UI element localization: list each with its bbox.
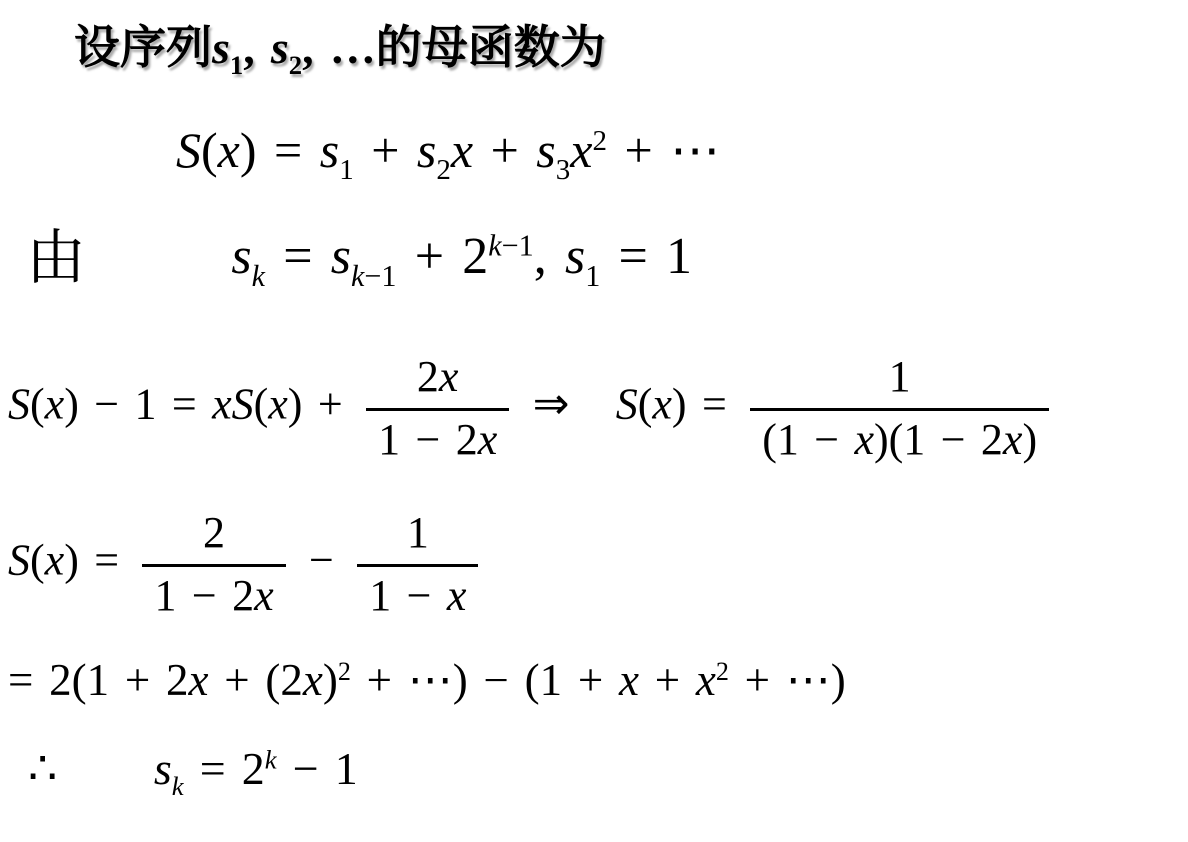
math-token-r: + ⋯) − (1 + [351,655,619,705]
math-token-i: s [231,228,251,285]
math-token-r: 1 [230,50,243,80]
math-token-sub: k [172,771,184,801]
math-token-sup: k [265,745,277,775]
math-token-i: s [154,743,172,794]
formula-functional-equation: S(x) − 1 = xS(x) + 2x1 − 2x ⇒ S(x) = 1(1… [8,352,1057,465]
math-token-r: 1 − 2 [378,415,478,464]
math-token-sub: 1 [230,50,243,80]
math-token-i: x [212,380,232,429]
math-token-sp [585,380,616,429]
math-token-r: 1 − [369,571,447,620]
formula-series-expansion: = 2(1 + 2x + (2x)2 + ⋯) − (1 + x + x2 + … [8,655,846,707]
math-token-i: x [303,655,323,705]
math-token-r: ⇒ [517,380,585,429]
math-token-cn: 由 [26,225,86,291]
math-token-r: ( [638,380,653,429]
math-token-i: x [439,352,459,401]
math-token-frac: 11 − x [357,508,478,621]
math-token-i: x [1003,415,1023,464]
math-token-i: x [451,122,473,178]
math-token-r: 1 − 2 [154,571,254,620]
math-token-i: k [252,259,265,293]
math-token-sp [86,228,232,285]
math-token-frac: 21 − 2x [142,508,285,621]
math-token-sub: k−1 [351,259,396,293]
math-token-r: + (2 [208,655,302,705]
math-token-i: x [189,655,209,705]
math-token-i: S [176,122,201,178]
math-token-r: , [243,22,271,73]
math-token-r: 1 [339,154,354,186]
math-token-r: ) [1022,415,1037,464]
math-token-frac: 2x1 − 2x [366,352,509,465]
fraction-denominator: 1 − x [357,564,478,622]
math-token-i: x [696,655,716,705]
math-token-i: k [488,229,501,263]
math-token-i: S [616,380,638,429]
math-token-i: S [232,380,254,429]
math-token-sub: 2 [436,154,451,186]
fraction-denominator: 1 − 2x [142,564,285,622]
math-token-sub: 1 [585,259,600,293]
math-token-r: ( [201,122,218,178]
math-token-r: 1 [407,508,429,557]
math-token-r: −1 [502,229,534,263]
math-token-r: −1 [364,259,396,293]
math-token-r: + [639,655,696,705]
fraction-denominator: 1 − 2x [366,408,509,466]
fraction-numerator: 2 [142,508,285,564]
formula-conclusion: ∴ sk = 2k − 1 [28,743,358,802]
formula-partial-fractions: S(x) = 21 − 2x − 11 − x [8,508,486,621]
math-token-sub: 3 [556,154,571,186]
math-token-r: 2 [592,125,607,157]
math-token-frac: 1(1 − x)(1 − 2x) [750,352,1049,465]
math-token-r: 3 [556,154,571,186]
math-token-r: ( [30,380,45,429]
math-token-r: − [294,536,350,585]
math-token-r: (1 − [762,415,854,464]
math-token-r: 2 [716,657,729,686]
math-token-i: s [271,22,289,73]
math-token-r: 2 [203,508,225,557]
math-token-i: S [8,536,30,585]
math-token-sup: 2 [716,657,729,686]
math-token-r: ( [254,380,269,429]
math-token-r: ) = [240,122,320,178]
math-token-sub: 1 [339,154,354,186]
math-token-i: x [619,655,639,705]
math-token-i: x [478,415,498,464]
math-token-i: x [45,536,65,585]
math-token-r: 2 [436,154,451,186]
math-token-i: s [212,22,230,73]
slide-title: 设序列s1, s2, …的母函数为 [74,22,606,81]
math-token-r: + ⋯) [729,655,846,705]
math-token-r: + [473,122,536,178]
math-token-i: x [218,122,240,178]
math-token-i: x [268,380,288,429]
math-token-r: ) = [64,536,134,585]
math-token-r: = [265,228,331,285]
math-token-r: 2 [289,50,302,80]
math-token-r: 2 [417,352,439,401]
math-token-r: , …的母函数为 [302,22,606,73]
math-token-sup: 2 [338,657,351,686]
math-token-i: x [570,122,592,178]
math-token-sup: 2 [592,125,607,157]
math-token-r: = 1 [600,228,692,285]
fraction-numerator: 2x [366,352,509,408]
math-token-r: − 1 [277,743,358,794]
math-token-r: ) [323,655,338,705]
math-token-i: s [536,122,555,178]
math-token-r: ) + [288,380,358,429]
fraction-denominator: (1 − x)(1 − 2x) [750,408,1049,466]
math-token-i: x [447,571,467,620]
math-token-i: s [320,122,339,178]
math-token-i: x [45,380,65,429]
fraction-numerator: 1 [357,508,478,564]
math-token-i: k [265,745,277,775]
math-token-i: s [417,122,436,178]
math-token-r: ( [30,536,45,585]
math-token-r: 2 [338,657,351,686]
math-token-r: 1 [889,352,911,401]
math-token-i: x [854,415,874,464]
math-token-r: = 2 [184,743,265,794]
math-token-r: , [534,228,565,285]
math-token-r: + ⋯ [607,122,720,178]
math-token-i: s [565,228,585,285]
math-token-i: s [331,228,351,285]
math-token-sup: k−1 [488,229,533,263]
math-token-r: + [354,122,417,178]
math-token-r: ) − 1 = [64,380,212,429]
formula-generating-function-definition: S(x) = s1 + s2x + s3x2 + ⋯ [176,122,720,188]
math-token-i: S [8,380,30,429]
math-token-i: k [172,771,184,801]
math-token-sp [57,743,154,794]
fraction-numerator: 1 [750,352,1049,408]
math-token-r: 设序列 [74,22,212,73]
math-token-r: ∴ [28,743,57,794]
math-token-i: x [652,380,672,429]
math-token-i: k [351,259,364,293]
formula-recurrence: 由 sk = sk−1 + 2k−1, s1 = 1 [26,224,692,294]
math-token-r: = 2(1 + 2 [8,655,189,705]
math-token-r: )(1 − 2 [874,415,1003,464]
math-token-sub: 2 [289,50,302,80]
math-token-i: x [254,571,274,620]
math-token-r: + 2 [397,228,489,285]
math-token-sub: k [252,259,265,293]
math-token-r: 1 [585,259,600,293]
math-token-r: ) = [672,380,742,429]
slide-canvas: 设序列s1, s2, …的母函数为 S(x) = s1 + s2x + s3x2… [0,0,1188,842]
